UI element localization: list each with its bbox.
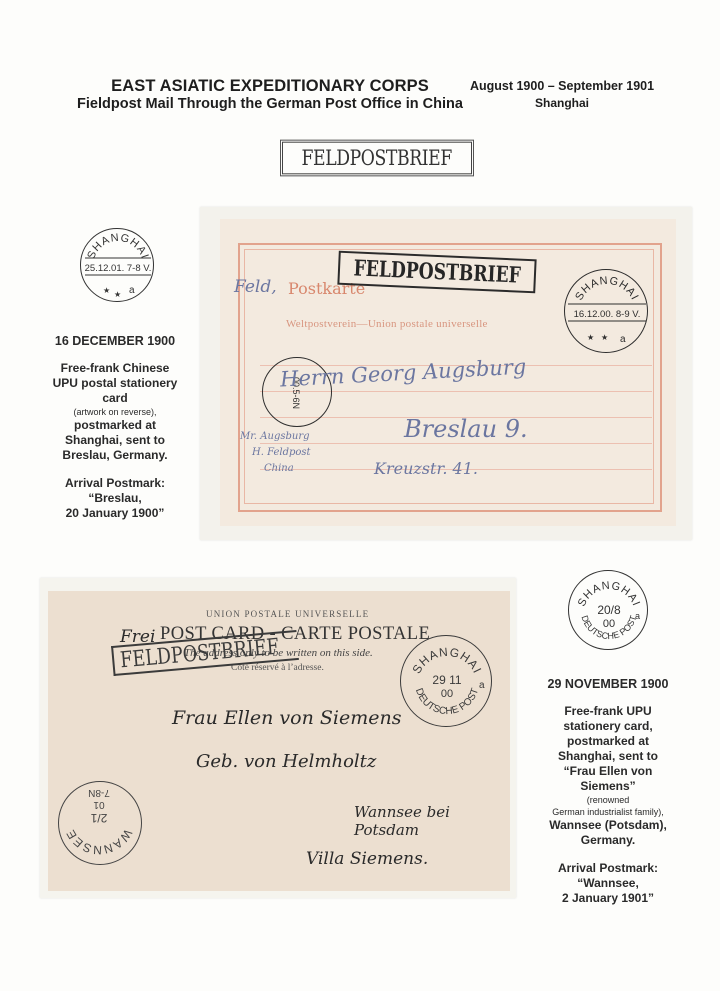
sender-line: H. Feldpost — [240, 445, 311, 461]
arrival-line: “Breslau, — [30, 491, 200, 506]
postcard-wannsee: UNION POSTALE UNIVERSELLE POST CARD - CA… — [48, 591, 510, 891]
svg-text:★: ★ — [601, 333, 608, 342]
svg-text:7-8N: 7-8N — [88, 787, 110, 798]
svg-text:2/1: 2/1 — [90, 811, 107, 825]
handwriting-sender: Mr. Augsburg H. Feldpost China — [240, 429, 311, 477]
item2-description: 29 NOVEMBER 1900 Free-frank UPU statione… — [516, 677, 700, 906]
desc-line: card — [30, 391, 200, 406]
page-subtitle: Fieldpost Mail Through the German Post O… — [60, 95, 480, 113]
arrival-line: Arrival Postmark: — [516, 861, 700, 876]
svg-text:SHANGHAI: SHANGHAI — [410, 645, 485, 676]
desc-note: (artwork on reverse), — [30, 406, 200, 418]
cachet-text: FELDPOSTBRIEF — [353, 255, 521, 288]
desc-line: postmarked at — [30, 418, 200, 433]
handwriting-city: Wannsee bei Potsdam — [354, 803, 510, 839]
postmark-shanghai-card1: SHANGHAI 16.12.00. 8-9 V. ★★ a — [564, 269, 648, 353]
handwriting-prefix: Frei — [120, 627, 155, 647]
desc-line: Wannsee (Potsdam), — [516, 818, 700, 833]
desc-line: stationery card, — [516, 719, 700, 734]
feldpostbrief-cachet: FELDPOSTBRIEF — [282, 142, 472, 175]
handwriting-addressee: Frau Ellen von Siemens — [172, 707, 401, 729]
desc-line: Shanghai, sent to — [516, 749, 700, 764]
svg-text:00: 00 — [603, 618, 615, 630]
svg-text:★: ★ — [114, 290, 121, 299]
svg-text:SHANGHAI: SHANGHAI — [573, 275, 641, 303]
item1-arrival: Arrival Postmark: “Breslau, 20 January 1… — [30, 476, 200, 521]
arrival-line: Arrival Postmark: — [30, 476, 200, 491]
svg-text:25.12.01. 7-8 V.: 25.12.01. 7-8 V. — [85, 263, 152, 274]
card-union-text: Weltpostverein—Union postale universelle — [286, 318, 488, 330]
desc-line: Free-frank UPU — [516, 704, 700, 719]
svg-text:29 11: 29 11 — [432, 673, 461, 687]
postmark-shanghai-card2: SHANGHAI DEUTSCHE POST 29 11 00 a — [400, 635, 492, 727]
arrival-postmark-wannsee: WANNSEE 2/1 01 7-8N — [58, 781, 142, 865]
desc-note: German industrialist family), — [516, 806, 700, 818]
handwriting-prefix: Feld, — [234, 277, 277, 297]
card-union-text: UNION POSTALE UNIVERSELLE — [206, 609, 369, 619]
cachet-text: FELDPOSTBRIEF — [302, 146, 452, 170]
desc-note: (renowned — [516, 794, 700, 806]
postcard-breslau: Postkarte Weltpostverein—Union postale u… — [220, 219, 676, 526]
item1-date: 16 DECEMBER 1900 — [30, 334, 200, 348]
arrival-line: “Wannsee, — [516, 876, 700, 891]
location-label: Shanghai — [462, 95, 662, 111]
svg-text:★: ★ — [587, 333, 594, 342]
desc-line: Breslau, Germany. — [30, 448, 200, 463]
svg-text:20/8: 20/8 — [597, 603, 621, 617]
item2-date: 29 NOVEMBER 1900 — [516, 677, 700, 691]
desc-line: UPU postal stationery — [30, 376, 200, 391]
svg-text:★: ★ — [103, 286, 110, 295]
desc-line: “Frau Ellen von — [516, 764, 700, 779]
sender-line: Mr. Augsburg — [240, 429, 311, 445]
handwriting-maiden: Geb. von Helmholtz — [196, 751, 376, 772]
item2-arrival: Arrival Postmark: “Wannsee, 2 January 19… — [516, 861, 700, 906]
desc-line: Siemens” — [516, 779, 700, 794]
postmark-shanghai-1900: SHANGHAI DEUTSCHE POST 20/8 00 a — [568, 570, 648, 650]
arrival-line: 20 January 1900” — [30, 506, 200, 521]
page-title: EAST ASIATIC EXPEDITIONARY CORPS — [70, 76, 470, 96]
date-range: August 1900 – September 1901 — [462, 78, 662, 94]
desc-line: Free-frank Chinese — [30, 361, 200, 376]
desc-line: Germany. — [516, 833, 700, 848]
svg-text:00: 00 — [441, 688, 453, 700]
svg-text:16.12.00. 8-9 V.: 16.12.00. 8-9 V. — [574, 309, 641, 320]
item1-description: 16 DECEMBER 1900 Free-frank Chinese UPU … — [30, 334, 200, 521]
handwriting-street: Kreuzstr. 41. — [374, 459, 478, 478]
svg-text:01: 01 — [93, 799, 105, 810]
arrival-line: 2 January 1901” — [516, 891, 700, 906]
svg-text:a: a — [635, 611, 640, 621]
svg-text:a: a — [479, 680, 485, 691]
handwriting-villa: Villa Siemens. — [306, 849, 428, 869]
svg-text:SHANGHAI: SHANGHAI — [85, 232, 151, 261]
postmark-shanghai-1901: SHANGHAI 25.12.01. 7-8 V. ★★ a — [80, 228, 154, 302]
sender-line: China — [240, 461, 311, 477]
handwriting-city: Breslau 9. — [404, 415, 528, 443]
desc-line: postmarked at — [516, 734, 700, 749]
svg-text:a: a — [620, 334, 626, 345]
svg-text:a: a — [129, 285, 135, 296]
svg-text:WANNSEE: WANNSEE — [63, 827, 135, 858]
desc-line: Shanghai, sent to — [30, 433, 200, 448]
